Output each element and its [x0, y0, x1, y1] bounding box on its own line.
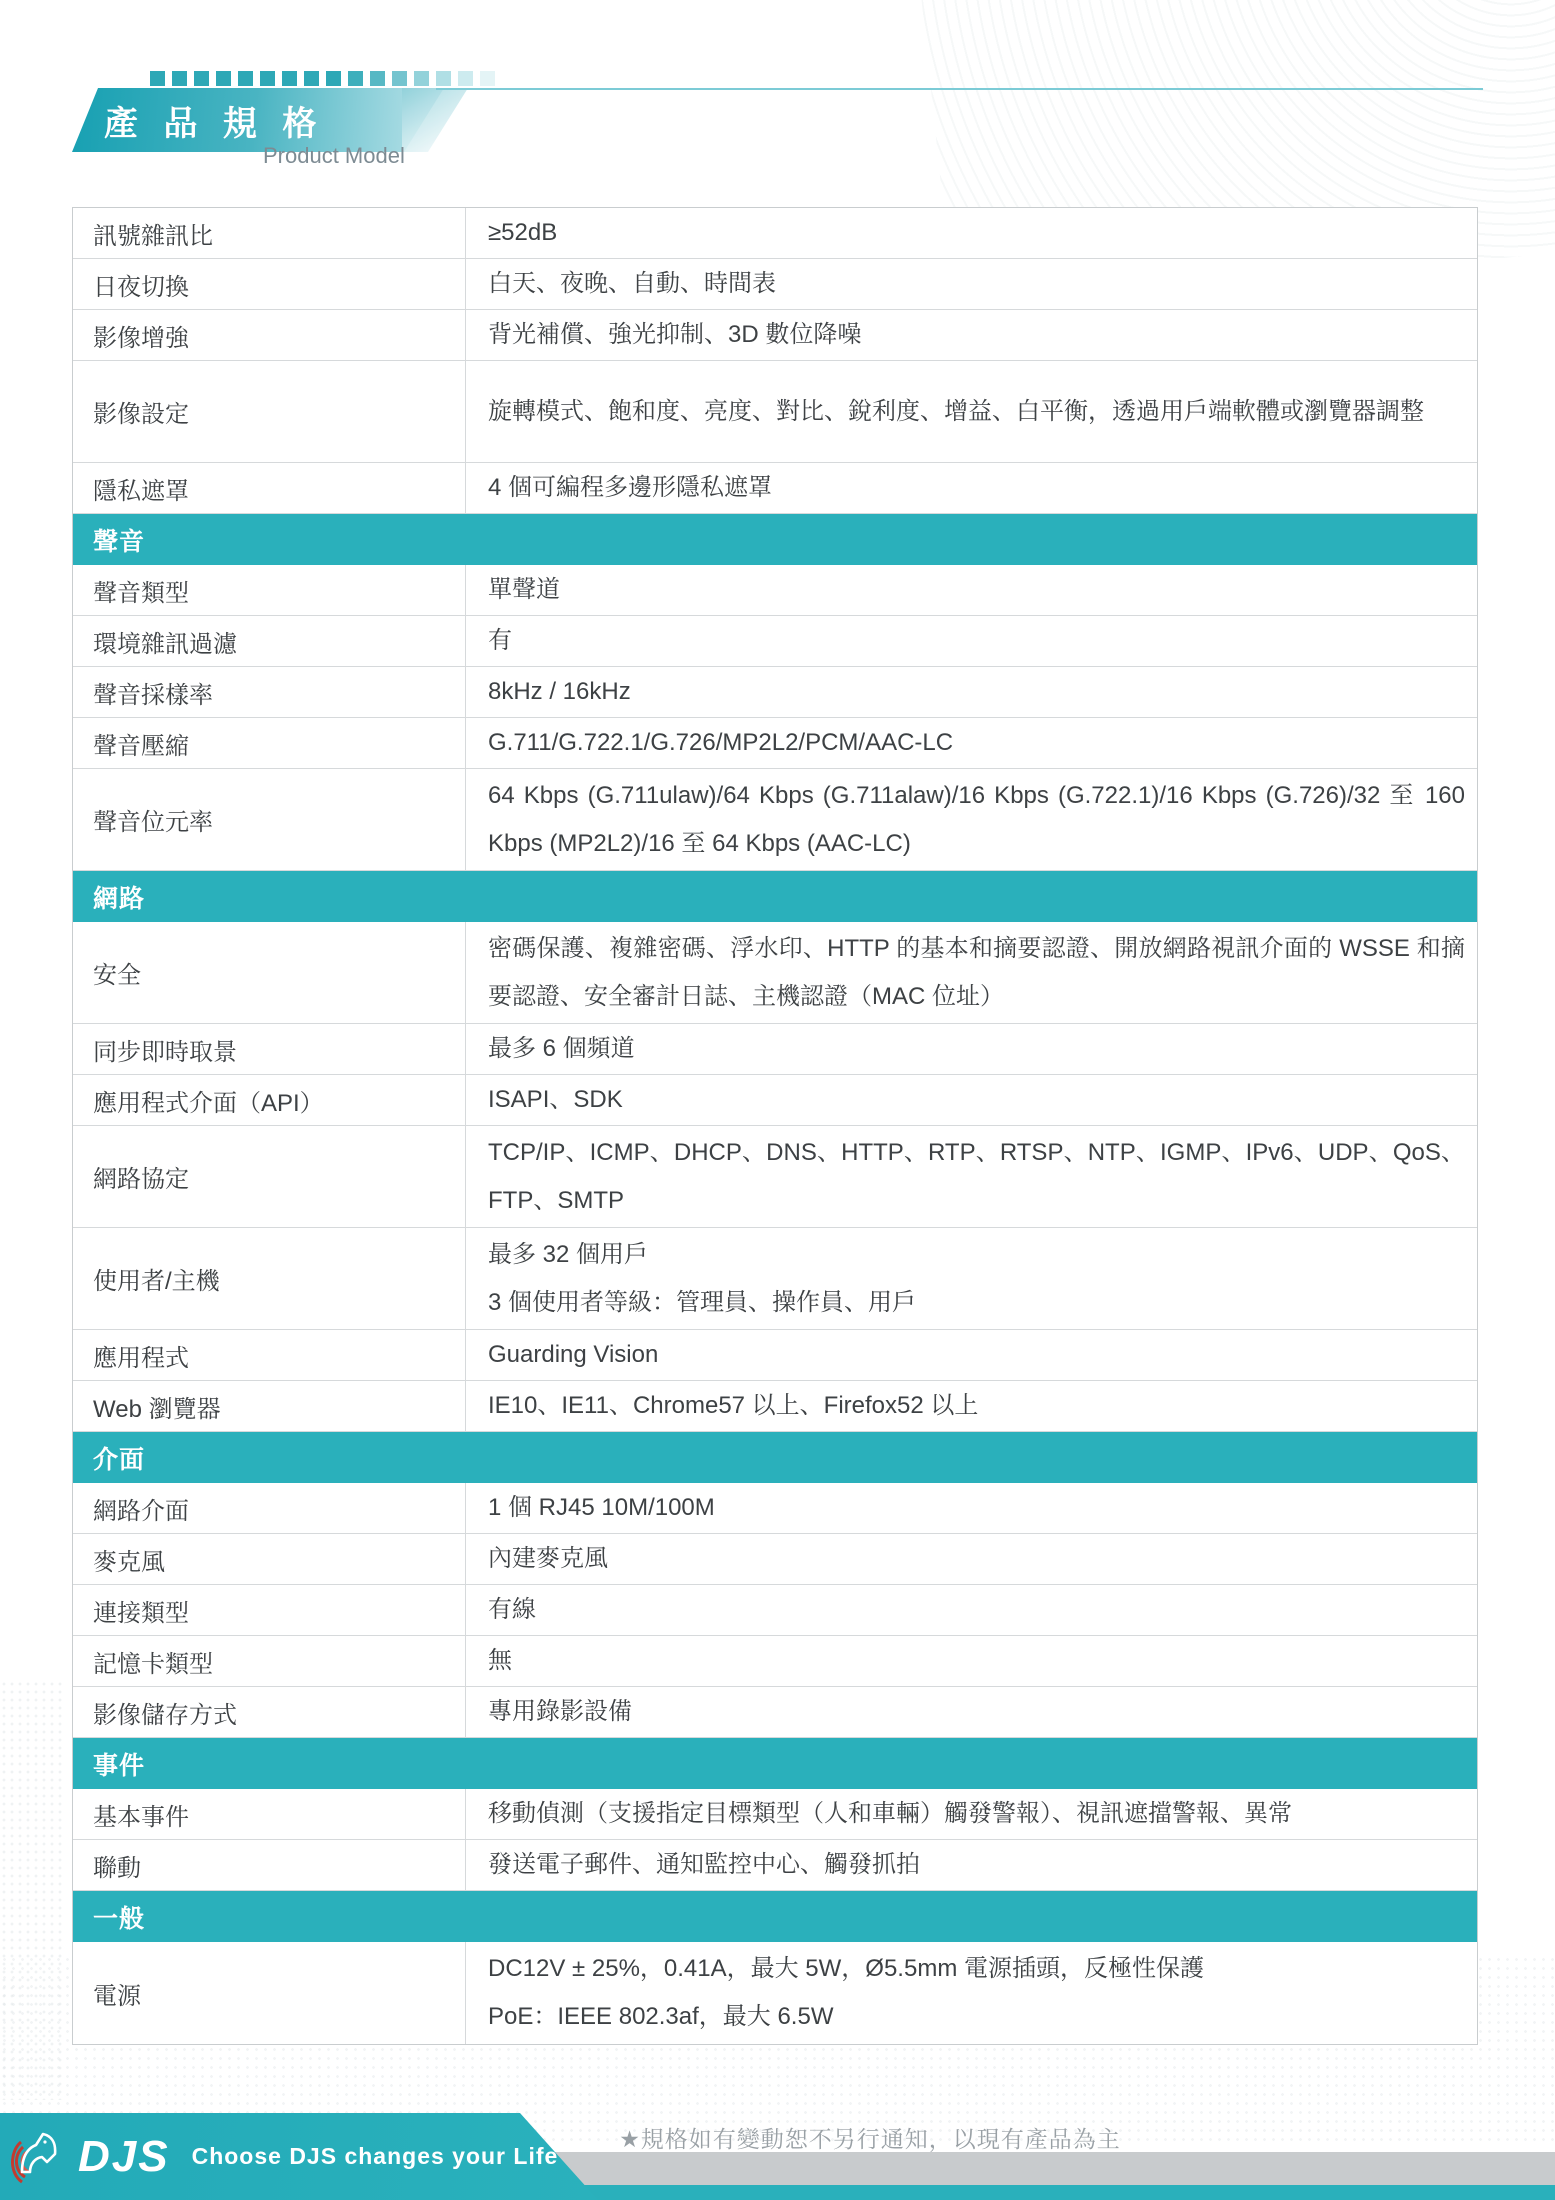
spec-value-line: 最多 6 個頻道 — [488, 1033, 1465, 1064]
spec-value-line: 密碼保護、複雜密碼、浮水印、HTTP 的基本和摘要認證、開放網路視訊介面的 WS… — [488, 925, 1465, 1021]
spec-label: 聲音類型 — [73, 565, 466, 615]
spec-label: 網路介面 — [73, 1483, 466, 1533]
spec-label: Web 瀏覽器 — [73, 1381, 466, 1431]
spec-value-line: DC12V ± 25%，0.41A，最大 5W，Ø5.5mm 電源插頭，反極性保… — [488, 1945, 1465, 1993]
spec-row: 環境雜訊過濾有 — [73, 616, 1477, 667]
brand-slogan: Choose DJS changes your Life — [192, 2143, 559, 2170]
spec-value-line: 無 — [488, 1645, 1465, 1676]
spec-value-line: G.711/G.722.1/G.726/MP2L2/PCM/AAC-LC — [488, 727, 1465, 758]
horse-logo-icon — [10, 2125, 72, 2189]
decor-square — [414, 71, 429, 86]
decor-square — [392, 71, 407, 86]
spec-label: 基本事件 — [73, 1789, 466, 1839]
spec-row: 隱私遮罩4 個可編程多邊形隱私遮罩 — [73, 463, 1477, 514]
spec-value-line: 發送電子郵件、通知監控中心、觸發抓拍 — [488, 1849, 1465, 1880]
spec-label: 記憶卡類型 — [73, 1636, 466, 1686]
spec-label: 影像儲存方式 — [73, 1687, 466, 1737]
spec-label: 環境雜訊過濾 — [73, 616, 466, 666]
product-model-label: Product Model — [263, 143, 405, 169]
spec-value-line: 單聲道 — [488, 574, 1465, 605]
spec-row: 網路介面1 個 RJ45 10M/100M — [73, 1483, 1477, 1534]
spec-value-line: ≥52dB — [488, 217, 1465, 248]
footer-gray-band — [440, 2152, 1555, 2185]
djs-logo: DJS Choose DJS changes your Life — [0, 2125, 558, 2189]
spec-label: 訊號雜訊比 — [73, 208, 466, 258]
spec-label: 影像設定 — [73, 361, 466, 462]
spec-value-line: 專用錄影設備 — [488, 1696, 1465, 1727]
spec-label: 同步即時取景 — [73, 1024, 466, 1074]
spec-row: 應用程式介面（API）ISAPI、SDK — [73, 1075, 1477, 1126]
spec-row: 應用程式Guarding Vision — [73, 1330, 1477, 1381]
footer-brand-band: DJS Choose DJS changes your Life — [0, 2113, 600, 2200]
spec-label: 應用程式介面（API） — [73, 1075, 466, 1125]
spec-row: 日夜切換白天、夜晚、自動、時間表 — [73, 259, 1477, 310]
spec-row: 電源DC12V ± 25%，0.41A，最大 5W，Ø5.5mm 電源插頭，反極… — [73, 1942, 1477, 2044]
decor-square — [282, 71, 297, 86]
spec-row: 影像設定旋轉模式、飽和度、亮度、對比、銳利度、增益、白平衡，透過用戶端軟體或瀏覽… — [73, 361, 1477, 463]
spec-value: 背光補償、強光抑制、3D 數位降噪 — [466, 310, 1477, 360]
spec-value: 單聲道 — [466, 565, 1477, 615]
spec-value: TCP/IP、ICMP、DHCP、DNS、HTTP、RTP、RTSP、NTP、I… — [466, 1126, 1477, 1227]
page-title: 產 品 規 格 — [72, 96, 324, 145]
spec-value-line: Guarding Vision — [488, 1339, 1465, 1370]
spec-label: 聯動 — [73, 1840, 466, 1890]
spec-label: 聲音位元率 — [73, 769, 466, 870]
spec-label: 網路協定 — [73, 1126, 466, 1227]
spec-row: 聲音類型單聲道 — [73, 565, 1477, 616]
spec-value-line: 內建麥克風 — [488, 1543, 1465, 1574]
spec-value: 最多 32 個用戶3 個使用者等級：管理員、操作員、用戶 — [466, 1228, 1477, 1329]
spec-label: 日夜切換 — [73, 259, 466, 309]
spec-value-line: ISAPI、SDK — [488, 1084, 1465, 1115]
spec-value: 專用錄影設備 — [466, 1687, 1477, 1737]
decor-square — [260, 71, 275, 86]
spec-value: 發送電子郵件、通知監控中心、觸發抓拍 — [466, 1840, 1477, 1890]
footer: ★規格如有變動恕不另行通知，以現有產品為主 DJS Choose DJS cha… — [0, 2105, 1555, 2200]
spec-value: 有 — [466, 616, 1477, 666]
spec-label: 聲音壓縮 — [73, 718, 466, 768]
spec-value: ISAPI、SDK — [466, 1075, 1477, 1125]
spec-label: 應用程式 — [73, 1330, 466, 1380]
spec-value: DC12V ± 25%，0.41A，最大 5W，Ø5.5mm 電源插頭，反極性保… — [466, 1942, 1477, 2044]
spec-value: 最多 6 個頻道 — [466, 1024, 1477, 1074]
spec-label: 安全 — [73, 922, 466, 1023]
spec-row: 影像儲存方式專用錄影設備 — [73, 1687, 1477, 1738]
spec-value: 64 Kbps (G.711ulaw)/64 Kbps (G.711alaw)/… — [466, 769, 1477, 870]
spec-label: 隱私遮罩 — [73, 463, 466, 513]
spec-value: 旋轉模式、飽和度、亮度、對比、銳利度、增益、白平衡，透過用戶端軟體或瀏覽器調整 — [466, 361, 1477, 462]
spec-row: 麥克風內建麥克風 — [73, 1534, 1477, 1585]
spec-value: 有線 — [466, 1585, 1477, 1635]
spec-row: Web 瀏覽器IE10、IE11、Chrome57 以上、Firefox52 以… — [73, 1381, 1477, 1432]
spec-value-line: IE10、IE11、Chrome57 以上、Firefox52 以上 — [488, 1390, 1465, 1421]
spec-section-header: 介面 — [73, 1432, 1477, 1483]
decor-square — [304, 71, 319, 86]
spec-table: 訊號雜訊比≥52dB日夜切換白天、夜晚、自動、時間表影像增強背光補償、強光抑制、… — [72, 207, 1478, 2045]
spec-value-line: 1 個 RJ45 10M/100M — [488, 1492, 1465, 1523]
header-squares — [150, 71, 495, 86]
spec-section-header: 網路 — [73, 871, 1477, 922]
spec-label: 聲音採樣率 — [73, 667, 466, 717]
spec-value-line: 有 — [488, 625, 1465, 656]
spec-value: 密碼保護、複雜密碼、浮水印、HTTP 的基本和摘要認證、開放網路視訊介面的 WS… — [466, 922, 1477, 1023]
spec-row: 訊號雜訊比≥52dB — [73, 208, 1477, 259]
spec-value: 無 — [466, 1636, 1477, 1686]
spec-label: 連接類型 — [73, 1585, 466, 1635]
spec-section-header: 聲音 — [73, 514, 1477, 565]
decor-square — [458, 71, 473, 86]
spec-row: 聲音採樣率8kHz / 16kHz — [73, 667, 1477, 718]
spec-value-line: 白天、夜晚、自動、時間表 — [488, 268, 1465, 299]
spec-value: 8kHz / 16kHz — [466, 667, 1477, 717]
spec-row: 記憶卡類型無 — [73, 1636, 1477, 1687]
spec-value: 白天、夜晚、自動、時間表 — [466, 259, 1477, 309]
spec-label: 電源 — [73, 1942, 466, 2044]
spec-value-line: 8kHz / 16kHz — [488, 676, 1465, 707]
spec-value: 4 個可編程多邊形隱私遮罩 — [466, 463, 1477, 513]
spec-label: 使用者/主機 — [73, 1228, 466, 1329]
decor-square — [172, 71, 187, 86]
spec-row: 安全密碼保護、複雜密碼、浮水印、HTTP 的基本和摘要認證、開放網路視訊介面的 … — [73, 922, 1477, 1024]
spec-value: G.711/G.722.1/G.726/MP2L2/PCM/AAC-LC — [466, 718, 1477, 768]
spec-row: 網路協定TCP/IP、ICMP、DHCP、DNS、HTTP、RTP、RTSP、N… — [73, 1126, 1477, 1228]
spec-row: 連接類型有線 — [73, 1585, 1477, 1636]
spec-row: 聲音位元率64 Kbps (G.711ulaw)/64 Kbps (G.711a… — [73, 769, 1477, 871]
decor-square — [436, 71, 451, 86]
spec-value: 1 個 RJ45 10M/100M — [466, 1483, 1477, 1533]
halftone-decor-left — [0, 1680, 66, 2100]
footer-note: ★規格如有變動恕不另行通知，以現有產品為主 — [480, 2121, 1260, 2154]
spec-value-line: 移動偵測（支援指定目標類型（人和車輛）觸發警報）、視訊遮擋警報、異常 — [488, 1798, 1465, 1829]
decor-square — [194, 71, 209, 86]
decor-square — [480, 71, 495, 86]
spec-value-line: 最多 32 個用戶 — [488, 1231, 1465, 1279]
spec-value-line: TCP/IP、ICMP、DHCP、DNS、HTTP、RTP、RTSP、NTP、I… — [488, 1129, 1465, 1225]
spec-value-line: 64 Kbps (G.711ulaw)/64 Kbps (G.711alaw)/… — [488, 772, 1465, 868]
spec-section-header: 事件 — [73, 1738, 1477, 1789]
spec-row: 聯動發送電子郵件、通知監控中心、觸發抓拍 — [73, 1840, 1477, 1891]
spec-row: 使用者/主機最多 32 個用戶3 個使用者等級：管理員、操作員、用戶 — [73, 1228, 1477, 1330]
decor-square — [348, 71, 363, 86]
brand-name: DJS — [78, 2132, 170, 2182]
decor-square — [216, 71, 231, 86]
spec-label: 影像增強 — [73, 310, 466, 360]
spec-section-header: 一般 — [73, 1891, 1477, 1942]
spec-value-line: 有線 — [488, 1594, 1465, 1625]
decor-square — [370, 71, 385, 86]
decor-square — [150, 71, 165, 86]
spec-row: 影像增強背光補償、強光抑制、3D 數位降噪 — [73, 310, 1477, 361]
spec-value-line: 背光補償、強光抑制、3D 數位降噪 — [488, 319, 1465, 350]
spec-label: 麥克風 — [73, 1534, 466, 1584]
spec-value: IE10、IE11、Chrome57 以上、Firefox52 以上 — [466, 1381, 1477, 1431]
spec-value-line: PoE：IEEE 802.3af，最大 6.5W — [488, 1993, 1465, 2041]
spec-row: 聲音壓縮G.711/G.722.1/G.726/MP2L2/PCM/AAC-LC — [73, 718, 1477, 769]
spec-value: ≥52dB — [466, 208, 1477, 258]
banner-rule-line — [436, 88, 1483, 90]
spec-value: 移動偵測（支援指定目標類型（人和車輛）觸發警報）、視訊遮擋警報、異常 — [466, 1789, 1477, 1839]
spec-value-line: 3 個使用者等級：管理員、操作員、用戶 — [488, 1279, 1465, 1327]
spec-row: 同步即時取景最多 6 個頻道 — [73, 1024, 1477, 1075]
decor-square — [326, 71, 341, 86]
spec-row: 基本事件移動偵測（支援指定目標類型（人和車輛）觸發警報）、視訊遮擋警報、異常 — [73, 1789, 1477, 1840]
spec-value-line: 旋轉模式、飽和度、亮度、對比、銳利度、增益、白平衡，透過用戶端軟體或瀏覽器調整 — [488, 388, 1465, 436]
decor-square — [238, 71, 253, 86]
spec-value: Guarding Vision — [466, 1330, 1477, 1380]
spec-value: 內建麥克風 — [466, 1534, 1477, 1584]
spec-value-line: 4 個可編程多邊形隱私遮罩 — [488, 472, 1465, 503]
